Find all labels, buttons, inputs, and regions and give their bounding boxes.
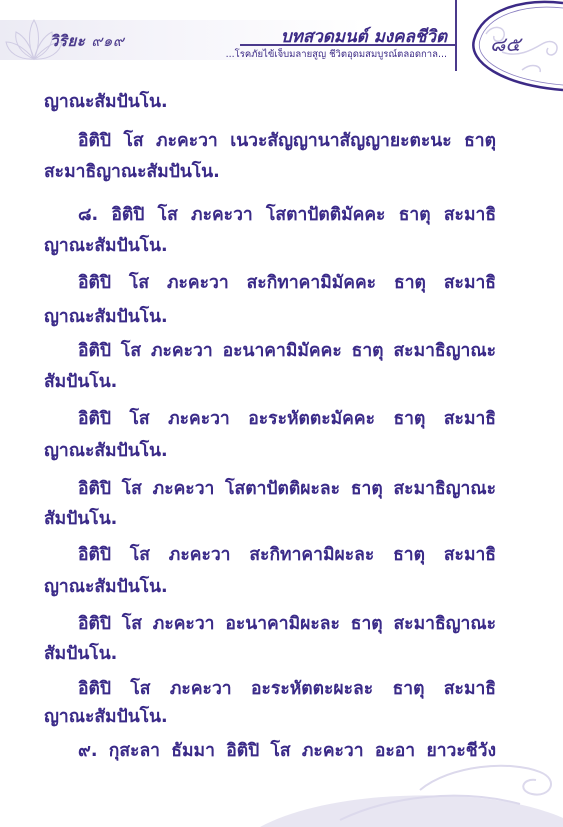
text-line: อิติปิ โส ภะคะวา อะระหัตตะมัคคะ ธาตุ สะม… [44, 403, 496, 435]
page-number: ๘๕ [490, 28, 521, 60]
header-rule [240, 44, 455, 46]
text-line: ญาณะสัมปันโน. [44, 435, 496, 467]
text-line: สัมปันโน. [44, 366, 496, 398]
text-line: สัมปันโน. [44, 638, 496, 670]
volume-name: วิริยะ [50, 32, 85, 50]
text-line: อิติปิ โส ภะคะวา สะกิทาคามิผะละ ธาตุ สะม… [44, 539, 496, 571]
text-line: ญาณะสัมปันโน. [44, 301, 496, 333]
text-line: อิติปิ โส ภะคะวา อะนาคามิมัคคะ ธาตุ สะมา… [44, 335, 496, 367]
text-line: ญาณะสัมปันโน. [44, 86, 496, 118]
text-line: อิติปิ โส ภะคะวา เนวะสัญญานาสัญญายะตะนะ … [44, 125, 496, 157]
volume-label: วิริยะ๙๑๙ [50, 29, 124, 53]
header-divider [455, 0, 457, 71]
text-line: ญาณะสัมปันโน. [44, 701, 496, 733]
book-subtitle: ...โรคภัยไข้เจ็บมลายสูญ ชีวิตอุดมสมบูรณ์… [226, 47, 447, 62]
footer-swirl-ornament-icon [220, 760, 563, 827]
text-line: ญาณะสัมปันโน. [44, 230, 496, 262]
text-line: สะมาธิญาณะสัมปันโน. [44, 156, 496, 188]
volume-number: ๙๑๙ [91, 32, 124, 50]
text-line: สัมปันโน. [44, 503, 496, 535]
text-line: ญาณะสัมปันโน. [44, 571, 496, 603]
text-line: ๘. อิติปิ โส ภะคะวา โสตาปัตติมัคคะ ธาตุ … [44, 199, 496, 231]
book-title: บทสวดมนต์ มงคลชีวิต [281, 23, 447, 50]
text-line: อิติปิ โส ภะคะวา อะนาคามิผะละ ธาตุ สะมาธ… [44, 608, 496, 640]
text-line: อิติปิ โส ภะคะวา โสตาปัตติผะละ ธาตุ สะมา… [44, 473, 496, 505]
text-line: อิติปิ โส ภะคะวา สะกิทาคามิมัคคะ ธาตุ สะ… [44, 267, 496, 299]
